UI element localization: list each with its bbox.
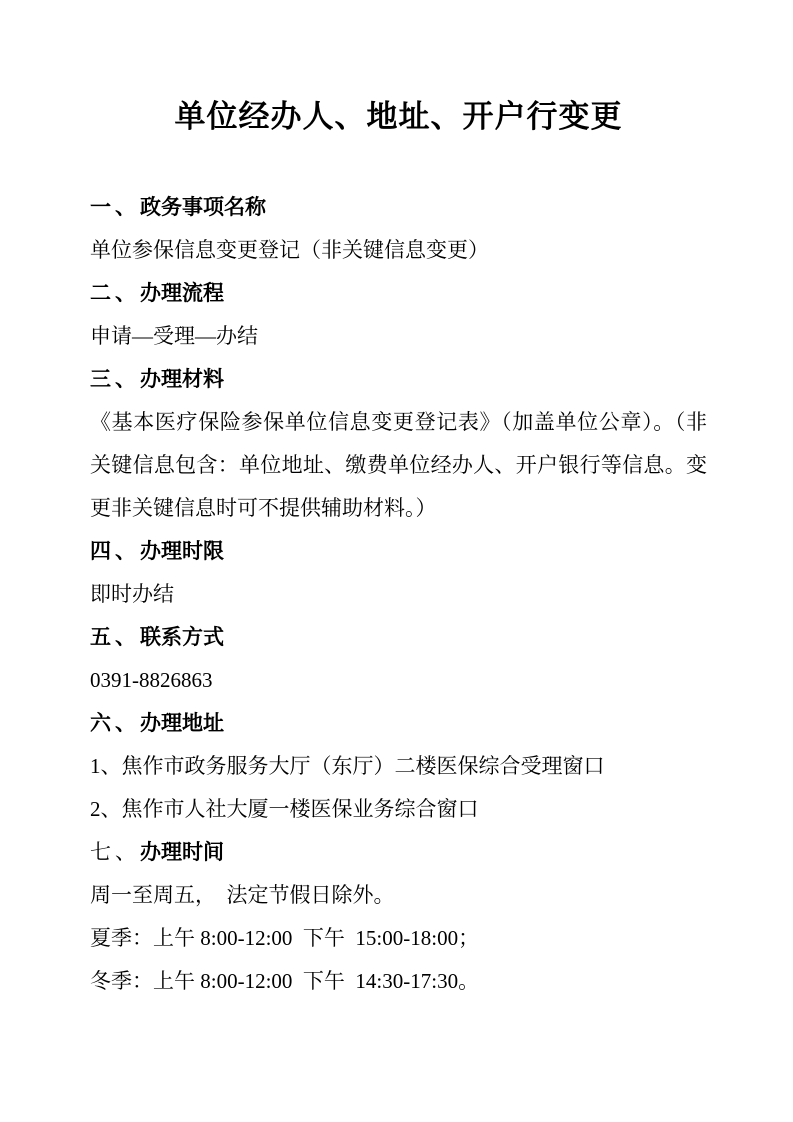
section-heading-label: 办理时间: [140, 841, 224, 864]
section-heading-label: 办理地址: [140, 712, 224, 735]
section-heading: 二、办理流程: [90, 272, 707, 315]
section-number: 三、: [90, 368, 140, 391]
address-item-1: 1、焦作市政务服务大厅（东厅）二楼医保综合受理窗口: [90, 745, 707, 788]
section-heading: 六、办理地址: [90, 702, 707, 745]
section-number: 四、: [90, 540, 140, 563]
section-office-hours: 七、办理时间 周一至周五， 法定节假日除外。 夏季：上午 8:00-12:00 …: [90, 831, 707, 1003]
section-number: 一、: [90, 196, 140, 219]
section-number: 五、: [90, 626, 140, 649]
phone-number: 0391-8826863: [90, 659, 707, 702]
section-heading-label: 办理材料: [140, 368, 224, 391]
section-heading-label: 办理时限: [140, 540, 224, 563]
section-heading-label: 办理流程: [140, 282, 224, 305]
section-number: 六、: [90, 712, 140, 735]
section-service-name: 一、政务事项名称 单位参保信息变更登记（非关键信息变更）: [90, 186, 707, 272]
section-body-line: 即时办结: [90, 573, 707, 616]
section-heading: 一、政务事项名称: [90, 186, 707, 229]
section-body-line: 申请—受理—办结: [90, 315, 707, 358]
winter-hours-line: 冬季：上午 8:00-12:00 下午 14:30-17:30。: [90, 960, 707, 1003]
section-time-limit: 四、办理时限 即时办结: [90, 530, 707, 616]
section-heading: 三、办理材料: [90, 358, 707, 401]
section-heading-label: 政务事项名称: [140, 196, 266, 219]
document-title: 单位经办人、地址、开户行变更: [90, 96, 707, 138]
section-contact: 五、联系方式 0391-8826863: [90, 616, 707, 702]
section-process: 二、办理流程 申请—受理—办结: [90, 272, 707, 358]
section-heading: 五、联系方式: [90, 616, 707, 659]
section-address: 六、办理地址 1、焦作市政务服务大厅（东厅）二楼医保综合受理窗口 2、焦作市人社…: [90, 702, 707, 831]
section-materials: 三、办理材料 《基本医疗保险参保单位信息变更登记表》（加盖单位公章）。（非关键信…: [90, 358, 707, 530]
section-body-line: 单位参保信息变更登记（非关键信息变更）: [90, 229, 707, 272]
section-heading-label: 联系方式: [140, 626, 224, 649]
summer-hours-line: 夏季：上午 8:00-12:00 下午 15:00-18:00；: [90, 917, 707, 960]
section-heading: 四、办理时限: [90, 530, 707, 573]
office-days-line: 周一至周五， 法定节假日除外。: [90, 874, 707, 917]
document-sections: 一、政务事项名称 单位参保信息变更登记（非关键信息变更） 二、办理流程 申请—受…: [90, 186, 707, 1003]
address-item-2: 2、焦作市人社大厦一楼医保业务综合窗口: [90, 788, 707, 831]
section-heading: 七、办理时间: [90, 831, 707, 874]
document-page: 单位经办人、地址、开户行变更 一、政务事项名称 单位参保信息变更登记（非关键信息…: [0, 0, 793, 1122]
section-number: 二、: [90, 282, 140, 305]
section-number: 七、: [90, 840, 140, 864]
section-body-paragraph: 《基本医疗保险参保单位信息变更登记表》（加盖单位公章）。（非关键信息包含：单位地…: [90, 401, 707, 530]
